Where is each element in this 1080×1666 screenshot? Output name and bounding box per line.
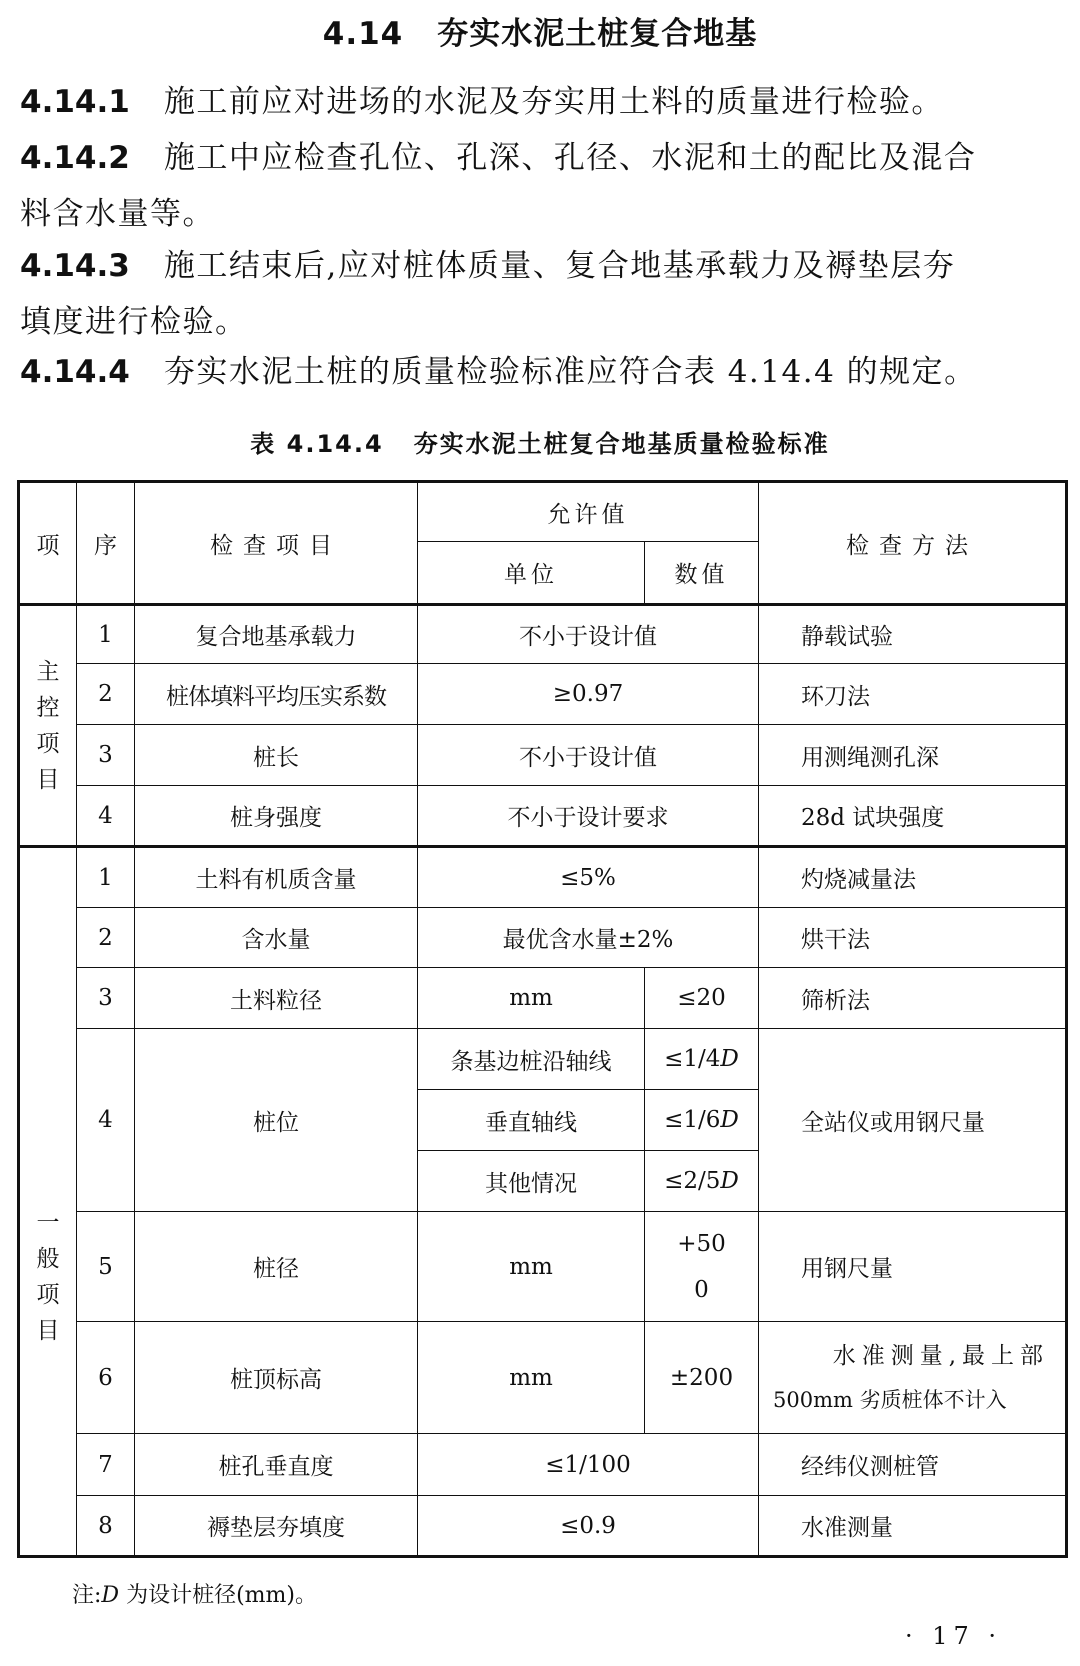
cell-seq: 8 [77,1496,135,1557]
cell-allowed: ≤5% [418,847,759,908]
clause-text: 施工中应检查孔位、孔深、孔径、水泥和土的配比及混合 [164,140,977,176]
cell-allowed: 不小于设计值 [418,605,759,664]
header-row-1: 项 序 检查项目 允许值 检查方法 [19,482,1067,542]
cell-seq: 4 [77,1029,135,1212]
cell-item: 桩长 [135,725,418,786]
cell-item: 桩位 [135,1029,418,1212]
cell-value: ≤1/6D [645,1090,759,1151]
cell-seq: 1 [77,605,135,664]
cell-method: 用钢尺量 [759,1212,1067,1322]
header-allowed: 允许值 [418,482,759,542]
cell-allowed: ≤1/100 [418,1434,759,1496]
cell-item: 桩径 [135,1212,418,1322]
clause-text: 夯实水泥土桩的质量检验标准应符合表 4.14.4 的规定。 [164,354,977,390]
cell-method: 水准测量 [759,1496,1067,1557]
table-row: 3 土料粒径 mm ≤20 筛析法 [19,968,1067,1029]
header-unit: 单位 [418,542,645,605]
clause-number: 4.14.2 [20,140,130,176]
group-label-main-control: 主 控 项 目 [19,605,77,847]
cell-allowed: 不小于设计要求 [418,786,759,847]
cell-method: 烘干法 [759,908,1067,968]
clause-text-cont: 料含水量等。 [20,196,215,232]
clause-number: 4.14.1 [20,84,130,120]
clause-number: 4.14.3 [20,248,130,284]
cell-seq: 4 [77,786,135,847]
cell-seq: 2 [77,908,135,968]
header-value: 数值 [645,542,759,605]
clause-number: 4.14.4 [20,354,130,390]
cell-method: 经纬仪测桩管 [759,1434,1067,1496]
cell-unit: mm [418,1212,645,1322]
table-row: 7 桩孔垂直度 ≤1/100 经纬仪测桩管 [19,1434,1067,1496]
clause-4-14-1: 4.14.1施工前应对进场的水泥及夯实用土料的质量进行检验。 [20,74,1065,130]
table-row: 3 桩长 不小于设计值 用测绳测孔深 [19,725,1067,786]
quality-inspection-table: 项 序 检查项目 允许值 检查方法 单位 数值 主 控 项 目 1 复合地基承载… [17,480,1068,1558]
cell-item: 桩身强度 [135,786,418,847]
cell-item: 褥垫层夯填度 [135,1496,418,1557]
table-row: 6 桩顶标高 mm ±200 水准测量,最上部 500mm 劣质桩体不计入 [19,1322,1067,1434]
table-row: 主 控 项 目 1 复合地基承载力 不小于设计值 静载试验 [19,605,1067,664]
table-row: 4 桩位 条基边桩沿轴线 ≤1/4D 全站仪或用钢尺量 [19,1029,1067,1090]
cell-method: 用测绳测孔深 [759,725,1067,786]
cell-item: 土料有机质含量 [135,847,418,908]
cell-unit: 垂直轴线 [418,1090,645,1151]
cell-method: 全站仪或用钢尺量 [759,1029,1067,1212]
section-number: 4.14 [323,16,404,52]
cell-unit: 其他情况 [418,1151,645,1212]
clause-4-14-4: 4.14.4夯实水泥土桩的质量检验标准应符合表 4.14.4 的规定。 [20,344,1065,400]
page-number: · 17 · [905,1622,1002,1650]
cell-seq: 3 [77,968,135,1029]
clause-4-14-3: 4.14.3施工结束后,应对桩体质量、复合地基承载力及褥垫层夯 填度进行检验。 [20,238,1065,350]
cell-seq: 7 [77,1434,135,1496]
cell-value: ≤20 [645,968,759,1029]
table-caption-title: 夯实水泥土桩复合地基质量检验标准 [414,430,830,458]
header-seq: 序 [77,482,135,605]
cell-seq: 3 [77,725,135,786]
header-category: 项 [19,482,77,605]
cell-seq: 5 [77,1212,135,1322]
cell-value: ≤1/4D [645,1029,759,1090]
table-caption: 表 4.14.4夯实水泥土桩复合地基质量检验标准 [0,424,1080,459]
section-title-text: 夯实水泥土桩复合地基 [437,16,757,52]
cell-method: 28d 试块强度 [759,786,1067,847]
table-note: 注:D 为设计桩径(mm)。 [72,1578,317,1609]
table-row: 5 桩径 mm +50 0 用钢尺量 [19,1212,1067,1322]
cell-item: 土料粒径 [135,968,418,1029]
cell-item: 桩顶标高 [135,1322,418,1434]
cell-item: 桩孔垂直度 [135,1434,418,1496]
cell-allowed: 不小于设计值 [418,725,759,786]
table-row: 4 桩身强度 不小于设计要求 28d 试块强度 [19,786,1067,847]
cell-item: 含水量 [135,908,418,968]
cell-method: 水准测量,最上部 500mm 劣质桩体不计入 [759,1322,1067,1434]
cell-allowed: ≥0.97 [418,664,759,725]
cell-unit: mm [418,968,645,1029]
cell-method: 筛析法 [759,968,1067,1029]
cell-allowed: 最优含水量±2% [418,908,759,968]
clause-text-cont: 填度进行检验。 [20,304,248,340]
group-label-general: 一 般 项 目 [19,847,77,1557]
cell-item: 桩体填料平均压实系数 [135,664,418,725]
clause-text: 施工结束后,应对桩体质量、复合地基承载力及褥垫层夯 [164,248,955,284]
clause-4-14-2: 4.14.2施工中应检查孔位、孔深、孔径、水泥和土的配比及混合 料含水量等。 [20,130,1065,242]
cell-seq: 1 [77,847,135,908]
table-caption-number: 表 4.14.4 [250,430,383,458]
cell-value: ≤2/5D [645,1151,759,1212]
cell-value: ±200 [645,1322,759,1434]
cell-seq: 6 [77,1322,135,1434]
section-title: 4.14夯实水泥土桩复合地基 [0,8,1080,53]
cell-method: 静载试验 [759,605,1067,664]
table-row: 2 桩体填料平均压实系数 ≥0.97 环刀法 [19,664,1067,725]
cell-allowed: ≤0.9 [418,1496,759,1557]
table-row: 8 褥垫层夯填度 ≤0.9 水准测量 [19,1496,1067,1557]
cell-unit: mm [418,1322,645,1434]
cell-value: +50 0 [645,1212,759,1322]
cell-item: 复合地基承载力 [135,605,418,664]
cell-method: 环刀法 [759,664,1067,725]
header-item: 检查项目 [135,482,418,605]
table-row: 2 含水量 最优含水量±2% 烘干法 [19,908,1067,968]
cell-unit: 条基边桩沿轴线 [418,1029,645,1090]
clause-text: 施工前应对进场的水泥及夯实用土料的质量进行检验。 [164,84,944,120]
table-row: 一 般 项 目 1 土料有机质含量 ≤5% 灼烧减量法 [19,847,1067,908]
header-method: 检查方法 [759,482,1067,605]
cell-seq: 2 [77,664,135,725]
cell-method: 灼烧减量法 [759,847,1067,908]
